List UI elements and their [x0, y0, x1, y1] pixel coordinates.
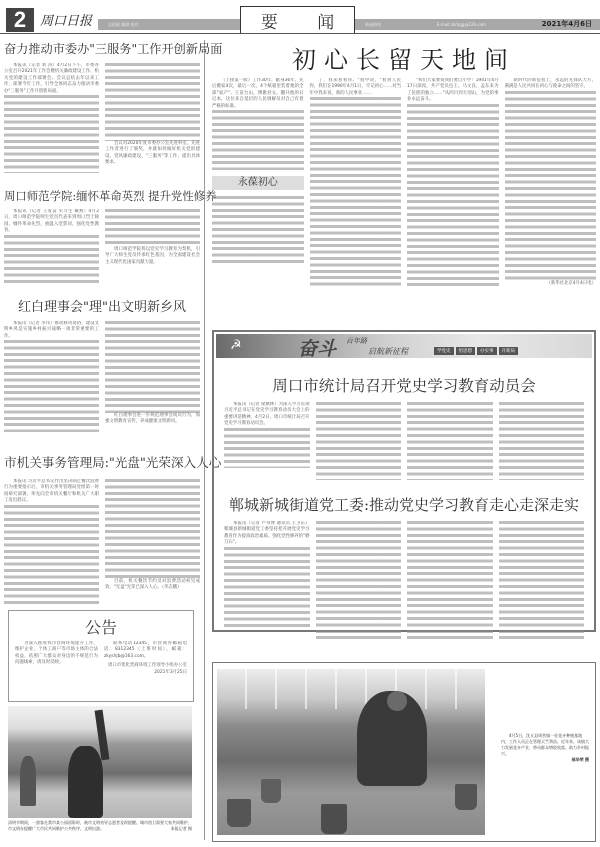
- notice-contact: 联系电话12345，市营商办邮箱电话：8312345（上班时间），邮箱：zkys…: [104, 641, 187, 660]
- banner-fendou: ☭ 奋斗 百年路 启航新征程 学党史 悟思想 办实事 开新局: [216, 334, 592, 358]
- article-headline: 红白理事会"理"出文明新乡风: [4, 296, 200, 315]
- article-headline: 周口市统计局召开党史学习教育动员会: [216, 374, 592, 396]
- article-body: 红白理事会进一步规范理事会成员行为，加强文明教育宣传，养成健康文明新风。: [105, 413, 200, 426]
- feature-headline: 初心长留天地间: [212, 40, 596, 75]
- paper-name-logo: 周口日报: [40, 10, 92, 29]
- article-body: 本报讯（记者 梁旗林）为深入学习贯彻习近平总书记在党史学习教育动员大会上的重要讲…: [224, 402, 310, 428]
- banner-tag: 悟思想: [456, 347, 476, 355]
- banner-tags: 学党史 悟思想 办实事 开新局: [434, 347, 518, 355]
- article-headline: 周口师范学院:缅怀革命英烈 提升党性修养: [4, 188, 200, 204]
- subheading-yongbao-chuxin: 永葆初心: [212, 176, 304, 190]
- article-body: 本报讯（记者 刘 涛）4月2日下午，市委办公室召开2021年工作会暨机关廉政建设…: [4, 63, 99, 95]
- feature-col-4: 新时代的新征程上，永远的先锋队大方，满满是人民共同在初心与使命之间的坚守。: [505, 78, 597, 91]
- article-headline: 市机关事务管理局:"光盘"光荣深入人心: [4, 452, 200, 471]
- article-body: 目前，机关餐饮节约反对浪费活动初见成效，"光盘"光荣已深入人心。（李志鹏）: [105, 579, 200, 592]
- notice-box: 公告 为深入推进我市营商环境提升工作，维护企业、个体工商户等市场主体的合法权益，…: [8, 610, 194, 702]
- flower-pot: [321, 804, 347, 834]
- notice-body: 为深入推进我市营商环境提升工作，维护企业、个体工商户等市场主体的合法权益，依照广…: [15, 641, 98, 667]
- article-body: 本报讯（记者 王发奋 实习生 戴燕）4月2日，周口师范学院师生党员代表来到周口烈…: [4, 209, 99, 235]
- notice-title: 公告: [15, 615, 187, 638]
- notice-date: 2021年3月25日: [104, 670, 187, 676]
- article-body: 会议对2020年度市委办公室先进科室、先进工作者进行了颁奖，并就如何做好机关党的…: [105, 141, 200, 167]
- article-normal-university: 周口师范学院:缅怀革命英烈 提升党性修养 本报讯（记者 王发奋 实习生 戴燕）4…: [4, 188, 200, 295]
- article-body: 本报讯（记者 李伟）推动移风易俗，建设文明乡风是实施乡村振兴战略一项非常重要的工…: [4, 321, 99, 340]
- article-red-white-council: 红白理事会"理"出文明新乡风 本报讯（记者 李伟）推动移风易俗，建设文明乡风是实…: [4, 296, 200, 443]
- photo-credit: 郝华荣 摄: [501, 757, 589, 763]
- park-photo: [8, 706, 192, 818]
- issue-date: 2021年4月6日: [542, 19, 592, 30]
- flower-pot: [261, 779, 281, 803]
- section-title: 要 闻: [240, 6, 355, 34]
- feature-col-2: 了，我来看看你。"很中说，"看到人民你，我们在1990年4月1日，牢记初心……对…: [310, 78, 402, 97]
- feature-col-1: （上接第一版）工作30年，献身36年，先后搬家4次，最后一次，4个纸箱里装着他的…: [212, 78, 304, 110]
- greenhouse-photo-box: 4月5日，沈丘县周营镇一处花卉种植基地内，工作人员正在管理天竺葵苗。近年来，该镇…: [212, 662, 596, 842]
- masthead-rule: [0, 33, 600, 34]
- email: E-mail:zkrbgg@126.com: [437, 19, 486, 30]
- photo-credit: 本报记者 摄: [171, 826, 192, 832]
- photo-farmer-head: [387, 691, 407, 711]
- banner-line2: 启航新征程: [368, 346, 408, 357]
- feature-body: （上接第一版）工作30年，献身36年，先后搬家4次，最后一次，4个纸箱里装着他的…: [212, 78, 596, 308]
- section-char-2: 闻: [317, 8, 334, 33]
- banner-tag: 办实事: [477, 347, 497, 355]
- article-headline: 郸城新城街道党工委:推动党史学习教育走心走深走实: [216, 494, 592, 515]
- masthead: 2 周口日报 总值班 编辑 校对 要 闻 新闻热线 E-mail:zkrbgg@…: [0, 0, 600, 34]
- article-body: 本报讯 习近平总书记作出坚决制止餐饮浪费行为重要指示后，市机关事务管理局党组第一…: [4, 479, 99, 505]
- article-body: 周口师范学院将以党史学习教育为契机，引导广大师生党员传承红色基因，为全面建设社会…: [105, 247, 200, 266]
- statistics-bureau-article: 本报讯（记者 梁旗林）为深入学习贯彻习近平总书记在党史学习教育动员大会上的重要讲…: [224, 402, 584, 480]
- photo-figure: [68, 746, 103, 818]
- section-char-1: 要: [261, 8, 278, 33]
- park-photo-caption: 清明节期间，一游客在我市某公园留影时，被市文明劝导志愿者及时提醒。城市创卫需要大…: [8, 820, 192, 832]
- photo-person: [20, 756, 36, 806]
- banner-tag: 学党史: [434, 347, 454, 355]
- party-emblem-icon: ☭: [230, 338, 242, 353]
- article-sanfuwu: 奋力推动市委办"三服务"工作开创新局面 本报讯（记者 刘 涛）4月2日下午，市委…: [4, 40, 200, 193]
- page-number: 2: [6, 8, 34, 32]
- caption-text: 清明节期间，一游客在我市某公园留影时，被市文明劝导志愿者及时提醒。城市创卫需要大…: [8, 820, 192, 831]
- party-history-box: ☭ 奋斗 百年路 启航新征程 学党史 悟思想 办实事 开新局 周口市统计局召开党…: [212, 330, 596, 632]
- article-headline: 奋力推动市委办"三服务"工作开创新局面: [4, 40, 200, 57]
- caption-text: 4月5日，沈丘县周营镇一处花卉种植基地内，工作人员正在管理天竺葵苗。近年来，该镇…: [501, 733, 589, 756]
- notice-signature: 周口市优化营商环境工作领导小组办公室: [104, 663, 187, 669]
- feature-col-3: "我们大家要爱我们要自小学！1941年4月17日深夜，共产党员包王、马文良、孟东…: [407, 78, 499, 104]
- flower-pot: [227, 799, 251, 827]
- feature-source: （新华社北京4月4日电）: [505, 281, 597, 287]
- greenhouse-photo: [217, 669, 485, 835]
- banner-tag: 开新局: [499, 347, 519, 355]
- article-guanshi-bureau: 市机关事务管理局:"光盘"光荣深入人心 本报讯 习近平总书记作出坚决制止餐饮浪费…: [4, 452, 200, 615]
- flower-pot: [455, 784, 477, 810]
- banner-line1: 百年路: [346, 336, 367, 346]
- column-divider: [204, 40, 205, 840]
- greenhouse-frame: [217, 669, 485, 709]
- masthead-right-bar: 新闻热线 E-mail:zkrbgg@126.com 2021年4月6日: [355, 19, 600, 30]
- masthead-left-bar: 总值班 编辑 校对: [98, 19, 240, 30]
- banner-big-text: 奋斗: [298, 334, 336, 361]
- hotline: 新闻热线: [365, 19, 381, 30]
- xincheng-street-article: 本报讯（记者 卢书博 通讯员 王卫东）郸城县新城街道党工委坚持把开展党史学习教育…: [224, 521, 584, 639]
- greenhouse-caption: 4月5日，沈丘县周营镇一处花卉种植基地内，工作人员正在管理天竺葵苗。近年来，该镇…: [501, 733, 589, 763]
- article-body: 本报讯（记者 卢书博 通讯员 王卫东）郸城县新城街道党工委坚持把开展党史学习教育…: [224, 521, 310, 547]
